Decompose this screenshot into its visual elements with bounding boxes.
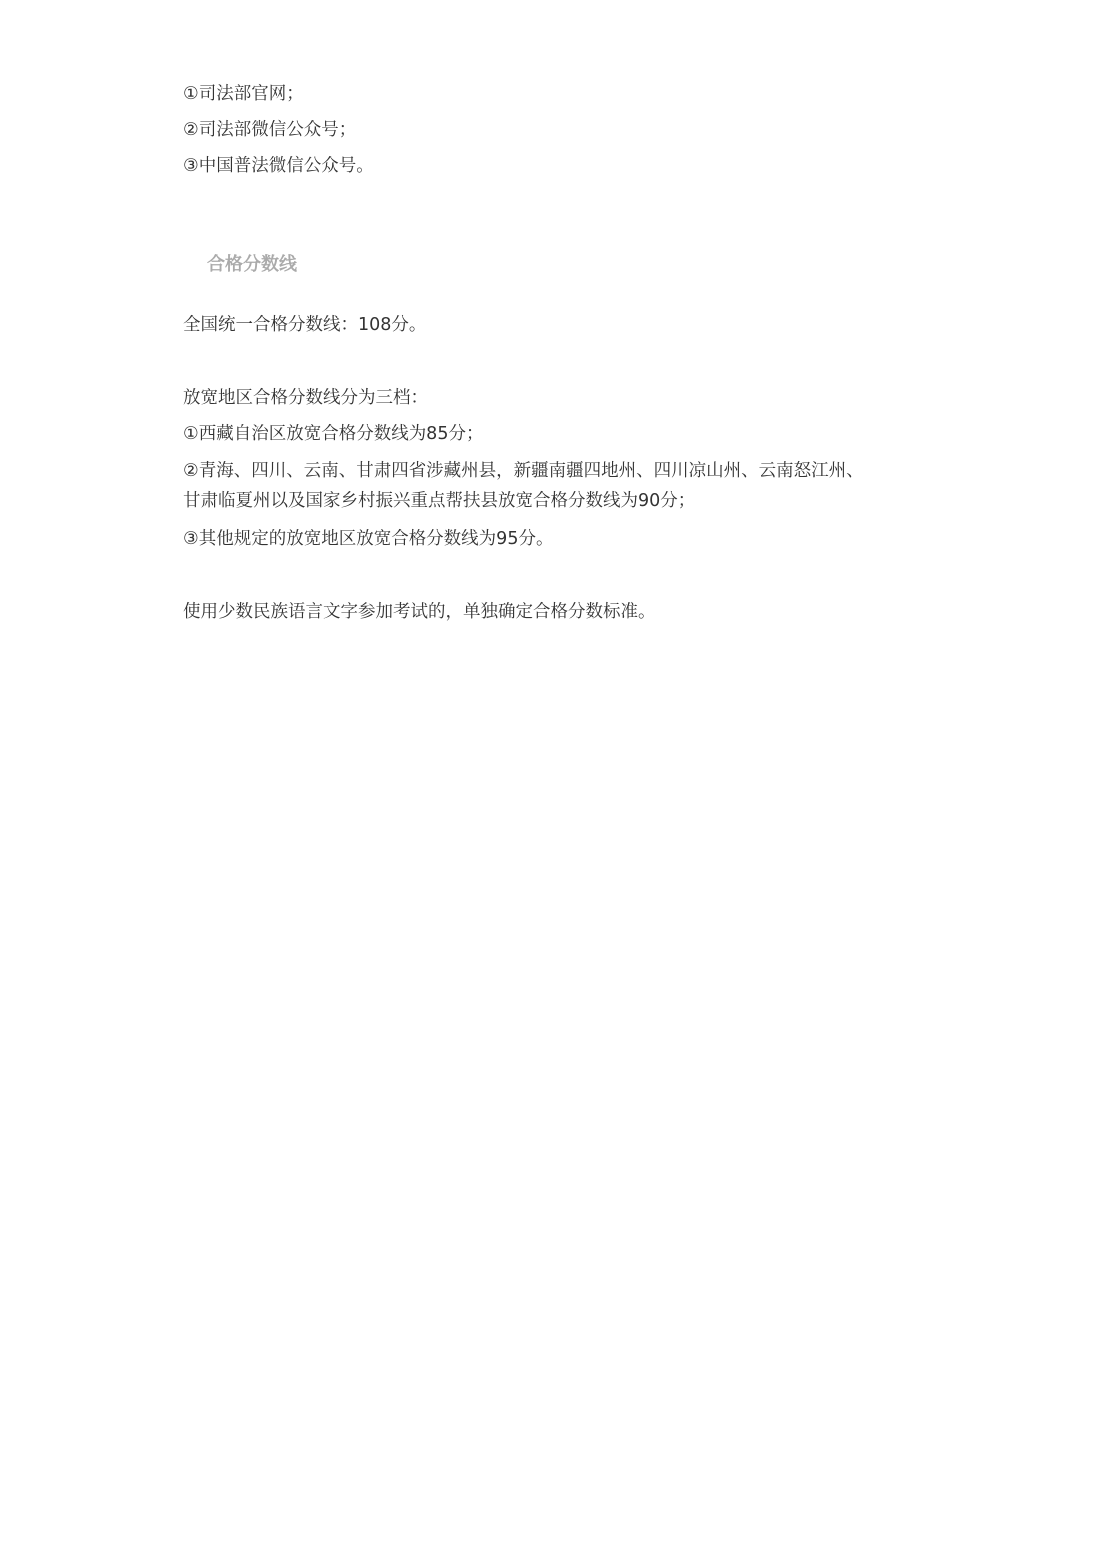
minority-language-note: 使用少数民族语言文字参加考试的，单独确定合格分数标准。 xyxy=(183,600,656,624)
relaxed-item-1: ①西藏自治区放宽合格分数线为85分； xyxy=(183,422,483,446)
relaxed-intro: 放宽地区合格分数线分为三档： xyxy=(183,386,428,410)
section-heading: 合格分数线 xyxy=(207,253,297,277)
relaxed-item-2-line-2: 甘肃临夏州以及国家乡村振兴重点帮扶县放宽合格分数线为90分； xyxy=(183,489,695,513)
channel-item-3: ③中国普法微信公众号。 xyxy=(183,154,374,178)
relaxed-item-2-line-1: ②青海、四川、云南、甘肃四省涉藏州县，新疆南疆四地州、四川凉山州、云南怒江州、 xyxy=(183,459,864,483)
channel-item-2: ②司法部微信公众号； xyxy=(183,118,356,142)
channel-item-1: ①司法部官网； xyxy=(183,82,304,106)
relaxed-item-3: ③其他规定的放宽地区放宽合格分数线为95分。 xyxy=(183,527,553,551)
national-pass-line: 全国统一合格分数线：108分。 xyxy=(183,313,426,337)
